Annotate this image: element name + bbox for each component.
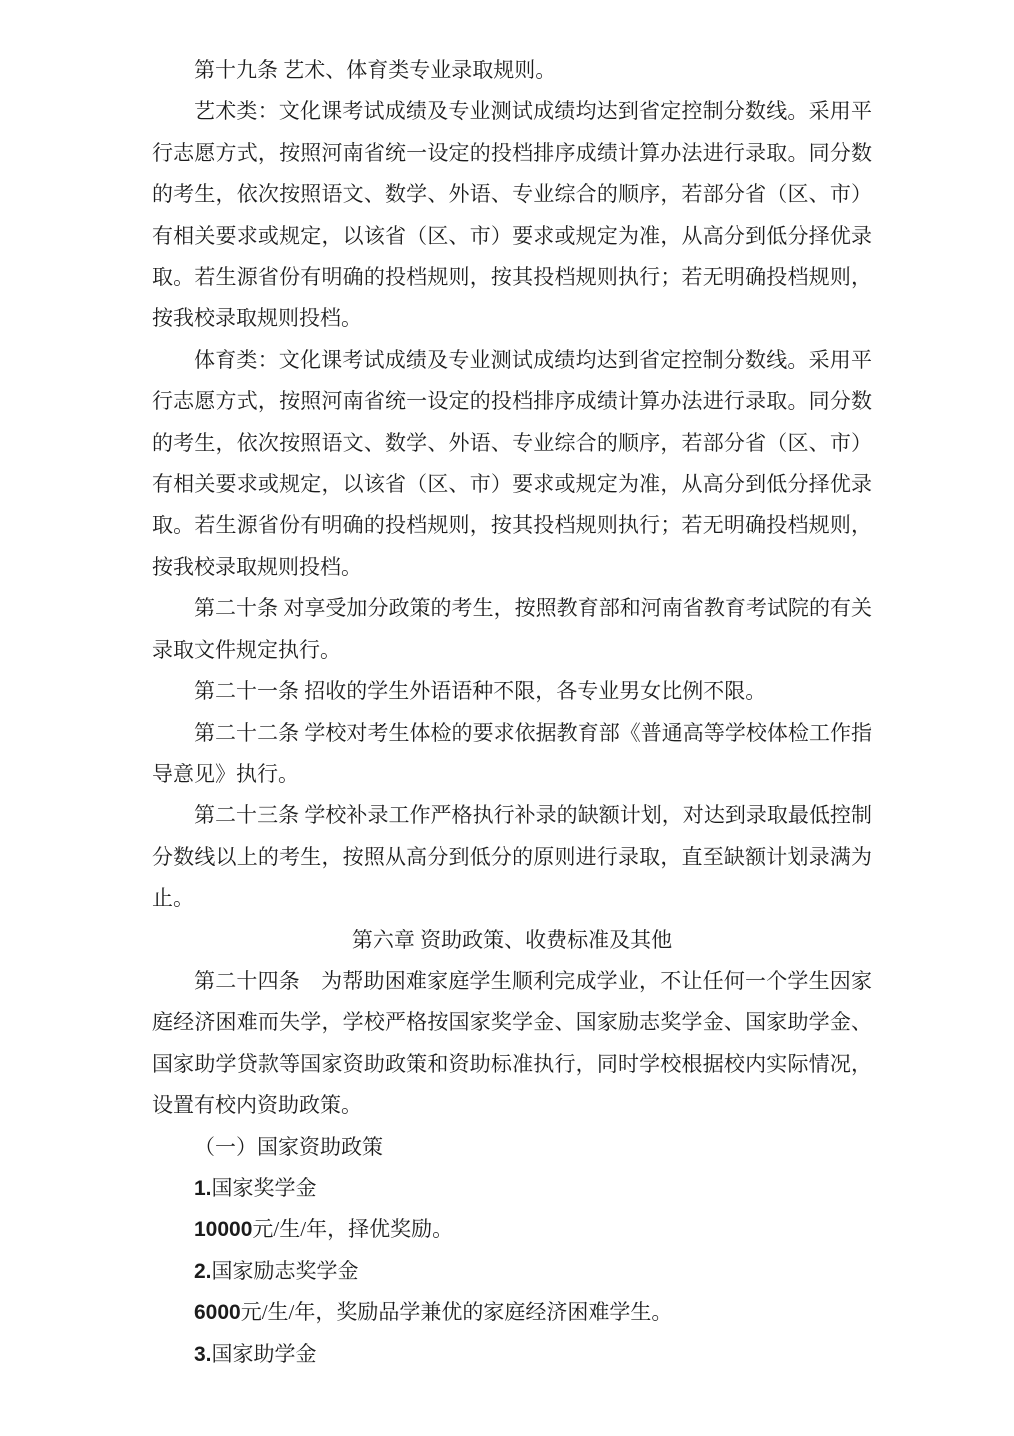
sports-admission-paragraph: 体育类：文化课考试成绩及专业测试成绩均达到省定控制分数线。采用平行志愿方式，按照… <box>152 340 872 588</box>
national-aid-policy-subheading: （一）国家资助政策 <box>152 1127 872 1168</box>
amount-value: 10000 <box>194 1218 252 1241</box>
article-22-paragraph: 第二十二条 学校对考生体检的要求依据教育部《普通高等学校体检工作指导意见》执行。 <box>152 713 872 796</box>
arts-admission-paragraph: 艺术类：文化课考试成绩及专业测试成绩均达到省定控制分数线。采用平行志愿方式，按照… <box>152 91 872 339</box>
item-number: 2. <box>194 1260 212 1283</box>
item-number: 3. <box>194 1343 212 1366</box>
article-20-paragraph: 第二十条 对享受加分政策的考生，按照教育部和河南省教育考试院的有关录取文件规定执… <box>152 588 872 671</box>
amount-value: 6000 <box>194 1301 241 1324</box>
item-number: 1. <box>194 1177 212 1200</box>
item-inspirational-scholarship: 2.国家励志奖学金 <box>152 1251 872 1292</box>
item-text: 国家奖学金 <box>212 1176 317 1200</box>
item-text: 国家助学金 <box>212 1342 317 1366</box>
amount-text: 元/生/年，奖励品学兼优的家庭经济困难学生。 <box>241 1300 673 1324</box>
chapter-6-heading: 第六章 资助政策、收费标准及其他 <box>152 920 872 961</box>
document-page: 第十九条 艺术、体育类专业录取规则。 艺术类：文化课考试成绩及专业测试成绩均达到… <box>0 0 1014 1436</box>
document-body: 第十九条 艺术、体育类专业录取规则。 艺术类：文化课考试成绩及专业测试成绩均达到… <box>0 0 1014 1375</box>
item-national-scholarship-amount: 10000元/生/年，择优奖励。 <box>152 1209 872 1250</box>
article-24-paragraph: 第二十四条 为帮助困难家庭学生顺利完成学业，不让任何一个学生因家庭经济困难而失学… <box>152 961 872 1127</box>
article-21-paragraph: 第二十一条 招收的学生外语语种不限，各专业男女比例不限。 <box>152 671 872 712</box>
amount-text: 元/生/年，择优奖励。 <box>252 1217 453 1241</box>
item-national-grant: 3.国家助学金 <box>152 1334 872 1375</box>
article-19-title: 第十九条 艺术、体育类专业录取规则。 <box>152 50 872 91</box>
item-national-scholarship: 1.国家奖学金 <box>152 1168 872 1209</box>
article-23-paragraph: 第二十三条 学校补录工作严格执行补录的缺额计划，对达到录取最低控制分数线以上的考… <box>152 795 872 919</box>
item-text: 国家励志奖学金 <box>212 1259 359 1283</box>
item-inspirational-scholarship-amount: 6000元/生/年，奖励品学兼优的家庭经济困难学生。 <box>152 1292 872 1333</box>
